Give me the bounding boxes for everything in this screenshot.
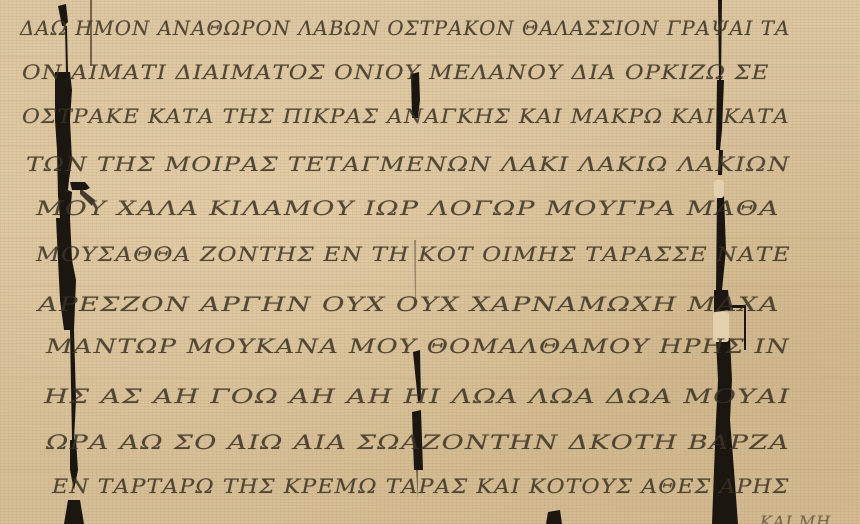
text-line-partial: ΚΑΙ ΜΗ: [760, 512, 831, 524]
text-line-4: ΤΩΝ ΤΗΣ ΜΟΙΡΑΣ ΤΕΤΑΓΜΕΝΩΝ ΛΑΚΙ ΛΑΚΙΩ ΛΑΚ…: [26, 152, 790, 176]
text-line-6: ΜΟΥΣΑΘΘΑ ΖΟΝΤΗΣ ΕΝ ΤΗ ΚΟΤ ΟΙΜΗΣ ΤΑΡΑΣΣΕ …: [36, 242, 791, 266]
text-line-1: ΔΑΩ ΗΜΟΝ ΑΝΑΘΩΡΟΝ ΛΑΒΩΝ ΟΣΤΡΑΚΟΝ ΘΑΛΑΣΣΙ…: [20, 16, 790, 40]
text-line-8: ΜΑΝΤΩΡ ΜΟΥΚΑΝΑ ΜΟΥ ΘΟΜΑΛΘΑΜΟΥ ΗΡΗΣ ΙΝ: [46, 334, 790, 358]
text-line-3: ΟΣΤΡΑΚΕ ΚΑΤΑ ΤΗΣ ΠΙΚΡΑΣ ΑΝΑΓΚΗΣ ΚΑΙ ΜΑΚΡ…: [22, 104, 790, 128]
text-line-11: ΕΝ ΤΑΡΤΑΡΩ ΤΗΣ ΚΡΕΜΩ ΤΑΡΑΣ ΚΑΙ ΚΟΤΟΥΣ ΑΘ…: [52, 474, 789, 498]
papyrus-fragment: ΔΑΩ ΗΜΟΝ ΑΝΑΘΩΡΟΝ ΛΑΒΩΝ ΟΣΤΡΑΚΟΝ ΘΑΛΑΣΣΙ…: [0, 0, 860, 524]
text-line-7: ΑΡΕΣΖΟΝ ΑΡΓΗΝ ΟΥΧ ΟΥΧ ΧΑΡΝΑΜΩΧΗ ΜΑΧΑ: [38, 292, 780, 316]
text-line-10: ΩΡΑ ΑΩ ΣΟ ΑΙΩ ΑΙΑ ΣΩΑΖΟΝΤΗΝ ΔΚΟΤΗ ΒΑΡΖΑ: [46, 430, 790, 454]
text-line-2: ΟΝ ΑΙΜΑΤΙ ΔΙΑΙΜΑΤΟΣ ΟΝΙΟΥ ΜΕΛΑΝΟΥ ΔΙΑ ΟΡ…: [22, 60, 769, 84]
text-line-5: ΜΟΥ ΧΑΛΑ ΚΙΛΑΜΟΥ ΙΩΡ ΛΟΓΩΡ ΜΟΥΓΡΑ ΜΑΘΑ: [36, 196, 780, 220]
text-line-9: ΗΣ ΑΣ ΑΗ ΓΟΩ ΑΗ ΑΗ ΗΙ ΛΩΑ ΛΩΑ ΔΩΑ ΜΟΥΑΙ: [44, 384, 791, 408]
